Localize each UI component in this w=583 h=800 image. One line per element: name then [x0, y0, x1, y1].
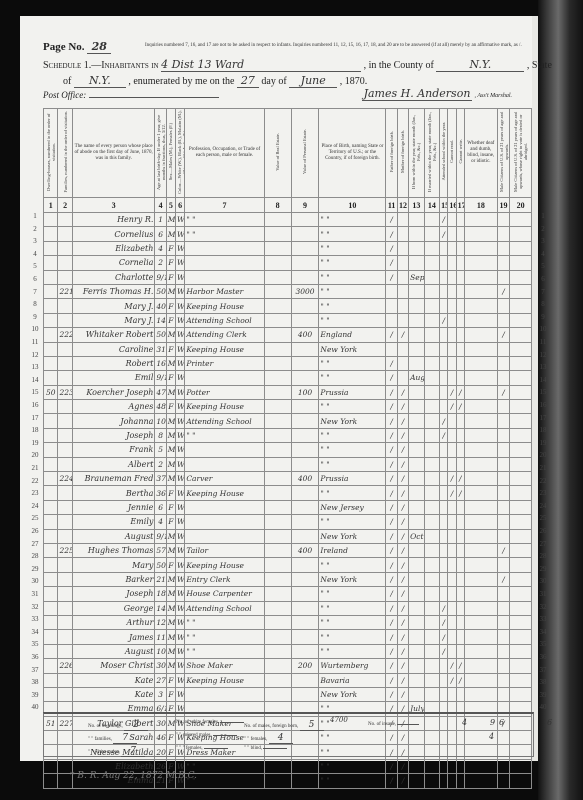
personal-estate	[291, 256, 319, 270]
disability	[464, 270, 497, 284]
col-19-header: Male Citizens of U.S. of 21 years of age…	[497, 109, 509, 198]
personal-estate	[291, 558, 319, 572]
mother-foreign	[397, 299, 408, 313]
mother-foreign: /	[397, 500, 408, 514]
cannot-write	[456, 687, 464, 701]
personal-estate	[291, 774, 319, 788]
born-month	[409, 615, 424, 629]
male-citizen	[497, 558, 509, 572]
father-foreign: /	[386, 213, 397, 227]
father-foreign: /	[386, 587, 397, 601]
disability	[464, 241, 497, 255]
cannot-read	[448, 328, 456, 342]
row-number: 18	[28, 426, 42, 434]
table-row: Frank5MW" "//	[44, 443, 532, 457]
cannot-write	[456, 414, 464, 428]
birthplace: " "	[319, 284, 386, 298]
disability	[464, 615, 497, 629]
table-row: 221Ferris Thomas H.50MWHarbor Master3000…	[44, 284, 532, 298]
cannot-write	[456, 601, 464, 615]
table-row: Mary J.40FWKeeping House" "	[44, 299, 532, 313]
col-number-15: 15	[440, 198, 448, 213]
table-row: James11MW" "" "///	[44, 630, 532, 644]
disability	[464, 515, 497, 529]
vote-denied	[510, 572, 532, 586]
row-number: 2	[28, 225, 42, 233]
male-citizen	[497, 256, 509, 270]
age: 6	[155, 227, 166, 241]
color: W	[176, 558, 185, 572]
real-estate	[264, 241, 291, 255]
row-number-right: 36	[536, 653, 550, 661]
table-row: Kate27FWKeeping HouseBavaria////	[44, 673, 532, 687]
dwelling-no	[44, 443, 58, 457]
married-month	[424, 342, 439, 356]
occupation: Entry Clerk	[185, 572, 264, 586]
father-foreign: /	[386, 385, 397, 399]
post-office-line: Post Office:	[43, 90, 219, 100]
father-foreign: /	[386, 644, 397, 658]
color: W	[176, 342, 185, 356]
age: 48	[155, 400, 166, 414]
row-number: 10	[28, 325, 42, 333]
occupation	[185, 443, 264, 457]
real-estate	[264, 659, 291, 673]
occupation: Keeping House	[185, 299, 264, 313]
col-20-header: Male Citizens of U.S. of 21 years of age…	[510, 109, 532, 198]
mother-foreign: /	[397, 385, 408, 399]
row-number: 13	[28, 363, 42, 371]
cannot-write	[456, 515, 464, 529]
school	[440, 400, 448, 414]
sex: F	[166, 673, 175, 687]
married-month	[424, 774, 439, 788]
cannot-read	[448, 227, 456, 241]
school	[440, 529, 448, 543]
color: W	[176, 601, 185, 615]
person-name: Brauneman Fred	[72, 472, 155, 486]
colored-males-line: " " colored males,	[176, 733, 237, 738]
row-number: 7	[28, 288, 42, 296]
col-number-2: 2	[58, 198, 72, 213]
married-month	[424, 328, 439, 342]
male-citizen	[497, 428, 509, 442]
mother-foreign	[397, 227, 408, 241]
male-citizen	[497, 486, 509, 500]
occupation: Keeping House	[185, 673, 264, 687]
real-estate	[264, 529, 291, 543]
dwelling-no	[44, 500, 58, 514]
born-month	[409, 644, 424, 658]
occupation: Keeping House	[185, 400, 264, 414]
male-citizen	[497, 299, 509, 313]
born-month	[409, 385, 424, 399]
vote-denied	[510, 241, 532, 255]
male-citizen: /	[497, 543, 509, 557]
school: /	[440, 313, 448, 327]
father-foreign: /	[386, 227, 397, 241]
mother-foreign: /	[397, 400, 408, 414]
personal-estate	[291, 213, 319, 227]
marshal-label: , Ass't Marshal.	[475, 93, 513, 99]
person-name: Kate	[72, 673, 155, 687]
family-no	[58, 558, 72, 572]
year-label: , 1870.	[340, 76, 368, 87]
disability	[464, 587, 497, 601]
row-number: 15	[28, 388, 42, 396]
married-month	[424, 371, 439, 385]
col-number-10: 10	[319, 198, 386, 213]
row-number-right: 27	[536, 540, 550, 548]
table-row: Emil9/12FW" "/Aug	[44, 371, 532, 385]
row-number-right: 34	[536, 628, 550, 636]
disability	[464, 385, 497, 399]
disability	[464, 356, 497, 370]
male-citizen	[497, 472, 509, 486]
father-foreign: /	[386, 572, 397, 586]
born-month	[409, 687, 424, 701]
personal-estate	[291, 299, 319, 313]
born-month	[409, 587, 424, 601]
sex: M	[166, 472, 175, 486]
state-label: , State	[527, 60, 552, 71]
male-citizen: /	[497, 328, 509, 342]
cannot-read	[448, 443, 456, 457]
table-row: 225Hughes Thomas57MWTailor400Ireland///	[44, 543, 532, 557]
sex: F	[166, 558, 175, 572]
mother-foreign: /	[397, 486, 408, 500]
occupation	[185, 457, 264, 471]
vote-denied	[510, 644, 532, 658]
table-row: Kate3FWNew York//	[44, 687, 532, 701]
dwelling-no	[44, 558, 58, 572]
dwelling-no	[44, 270, 58, 284]
color: W	[176, 428, 185, 442]
sex: M	[166, 356, 175, 370]
age: 8	[155, 428, 166, 442]
row-number-right: 2	[536, 225, 550, 233]
cannot-read	[448, 759, 456, 773]
married-month	[424, 356, 439, 370]
occupation: Attending School	[185, 601, 264, 615]
born-month	[409, 328, 424, 342]
cannot-write	[456, 587, 464, 601]
column-headers: Dwelling-houses, numbered in the order o…	[44, 109, 532, 198]
row-number-right: 12	[536, 351, 550, 359]
personal-estate	[291, 414, 319, 428]
dwelling-no	[44, 687, 58, 701]
col-number-5: 5	[166, 198, 175, 213]
family-no	[58, 687, 72, 701]
cannot-read	[448, 428, 456, 442]
row-number-right: 29	[536, 565, 550, 573]
cannot-write	[456, 644, 464, 658]
sex: F	[166, 400, 175, 414]
age: 12	[155, 615, 166, 629]
row-number: 21	[28, 464, 42, 472]
occupation: Keeping House	[185, 342, 264, 356]
age: 30	[155, 659, 166, 673]
row-number: 5	[28, 262, 42, 270]
father-foreign	[386, 313, 397, 327]
color: W	[176, 328, 185, 342]
male-citizen	[497, 400, 509, 414]
cannot-read	[448, 615, 456, 629]
cannot-write	[456, 270, 464, 284]
vote-denied	[510, 342, 532, 356]
col-number-7: 7	[185, 198, 264, 213]
cannot-write: /	[456, 385, 464, 399]
cannot-read	[448, 558, 456, 572]
real-estate	[264, 587, 291, 601]
cannot-write	[456, 558, 464, 572]
family-no	[58, 644, 72, 658]
row-number: 27	[28, 540, 42, 548]
mother-foreign: /	[397, 759, 408, 773]
school	[440, 659, 448, 673]
school: /	[440, 414, 448, 428]
color: W	[176, 227, 185, 241]
cannot-write	[456, 284, 464, 298]
real-estate	[264, 371, 291, 385]
real-estate	[264, 299, 291, 313]
tally-extra: 4	[489, 732, 494, 741]
born-month	[409, 472, 424, 486]
families-line: " " families, 7	[88, 733, 137, 744]
personal-estate: 200	[291, 659, 319, 673]
white-males-line: " " white males, 7	[88, 746, 145, 757]
personal-estate	[291, 759, 319, 773]
vote-denied	[510, 687, 532, 701]
father-foreign	[386, 284, 397, 298]
mother-foreign: /	[397, 428, 408, 442]
disability	[464, 759, 497, 773]
real-estate	[264, 328, 291, 342]
dwelling-no	[44, 472, 58, 486]
person-name: Bertha	[72, 486, 155, 500]
row-number: 3	[28, 237, 42, 245]
male-citizen	[497, 759, 509, 773]
table-row: Mary50FWKeeping House" "//	[44, 558, 532, 572]
row-number-right: 22	[536, 477, 550, 485]
real-estate	[264, 342, 291, 356]
birthplace: " "	[319, 371, 386, 385]
mother-foreign	[397, 256, 408, 270]
sex: M	[166, 587, 175, 601]
personal-estate	[291, 356, 319, 370]
school	[440, 543, 448, 557]
occupation	[185, 500, 264, 514]
row-number-right: 26	[536, 527, 550, 535]
birthplace: " "	[319, 774, 386, 788]
mother-foreign: /	[397, 543, 408, 557]
row-number-right: 39	[536, 691, 550, 699]
married-month	[424, 428, 439, 442]
col-4-header: Age at last birth-day. If under 1 year, …	[155, 109, 166, 198]
row-number-right: 28	[536, 552, 550, 560]
born-month: Oct	[409, 529, 424, 543]
cannot-read	[448, 687, 456, 701]
row-number-right: 37	[536, 666, 550, 674]
color: W	[176, 486, 185, 500]
cannot-write	[456, 371, 464, 385]
birthplace: Ireland	[319, 543, 386, 557]
born-month	[409, 227, 424, 241]
birthplace: " "	[319, 601, 386, 615]
school: /	[440, 630, 448, 644]
table-row: Joseph8MW" "" "///	[44, 428, 532, 442]
cannot-write: /	[456, 673, 464, 687]
married-month	[424, 529, 439, 543]
occupation: Harbor Master	[185, 284, 264, 298]
row-number: 35	[28, 640, 42, 648]
occupation	[185, 241, 264, 255]
mother-foreign: /	[397, 659, 408, 673]
row-number-right: 13	[536, 363, 550, 371]
occupation	[185, 515, 264, 529]
mother-foreign: /	[397, 443, 408, 457]
dwelling-no	[44, 356, 58, 370]
father-foreign: /	[386, 659, 397, 673]
married-month	[424, 299, 439, 313]
row-number: 32	[28, 603, 42, 611]
birthplace: " "	[319, 759, 386, 773]
mother-foreign: /	[397, 457, 408, 471]
row-number: 40	[28, 703, 42, 711]
occupation: Tailor	[185, 543, 264, 557]
col-7-header: Profession, Occupation, or Trade of each…	[185, 109, 264, 198]
father-foreign: /	[386, 328, 397, 342]
school	[440, 587, 448, 601]
row-number: 29	[28, 565, 42, 573]
row-number-right: 18	[536, 426, 550, 434]
color: W	[176, 659, 185, 673]
row-number-right: 24	[536, 502, 550, 510]
school	[440, 572, 448, 586]
cannot-read	[448, 284, 456, 298]
father-foreign: /	[386, 428, 397, 442]
dwelling-no	[44, 515, 58, 529]
mother-foreign	[397, 270, 408, 284]
color: W	[176, 241, 185, 255]
vote-denied	[510, 270, 532, 284]
father-foreign: /	[386, 356, 397, 370]
cannot-read	[448, 299, 456, 313]
person-name: Arthur	[72, 615, 155, 629]
married-month	[424, 270, 439, 284]
school	[440, 385, 448, 399]
personal-estate	[291, 227, 319, 241]
father-foreign: /	[386, 774, 397, 788]
summary-box: No. of dwellings, 2 " " families, 7 " " …	[43, 712, 534, 757]
family-no	[58, 443, 72, 457]
personal-estate	[291, 400, 319, 414]
school	[440, 356, 448, 370]
col-10-header: Place of Birth, naming State or Territor…	[319, 109, 386, 198]
school	[440, 371, 448, 385]
cannot-write: /	[456, 486, 464, 500]
born-month: Sept	[409, 270, 424, 284]
table-row: Robert16MWPrinter" "/	[44, 356, 532, 370]
page-number: 28	[87, 40, 111, 54]
family-no	[58, 500, 72, 514]
disability	[464, 558, 497, 572]
note-left: Inquiries numbered 7, 16, and 17 are not…	[145, 43, 292, 48]
cannot-write	[456, 572, 464, 586]
age: 2	[155, 457, 166, 471]
father-foreign: /	[386, 500, 397, 514]
dwelling-no	[44, 659, 58, 673]
born-month	[409, 241, 424, 255]
mother-foreign: /	[397, 615, 408, 629]
age: 4	[155, 515, 166, 529]
married-month	[424, 630, 439, 644]
school	[440, 241, 448, 255]
table-row: August9/12MWNew York//Oct	[44, 529, 532, 543]
family-no	[58, 673, 72, 687]
age: 11	[155, 630, 166, 644]
married-month	[424, 572, 439, 586]
father-foreign: /	[386, 256, 397, 270]
male-citizen	[497, 587, 509, 601]
col-number-19: 19	[497, 198, 509, 213]
personal-estate	[291, 587, 319, 601]
personal-estate-total: 4700	[330, 716, 348, 724]
post-office-label: Post Office:	[43, 90, 86, 100]
mother-foreign: /	[397, 515, 408, 529]
white-males-value: 7	[121, 746, 145, 757]
school	[440, 687, 448, 701]
male-citizen	[497, 500, 509, 514]
mother-foreign: /	[397, 673, 408, 687]
col-2-header: Families, numbered in the order of visit…	[58, 109, 72, 198]
male-citizen	[497, 774, 509, 788]
col-number-17: 17	[456, 198, 464, 213]
father-foreign: /	[386, 400, 397, 414]
age: 1	[155, 213, 166, 227]
row-number-right: 8	[536, 300, 550, 308]
row-number: 1	[28, 212, 42, 220]
row-number: 4	[28, 250, 42, 258]
family-no	[58, 400, 72, 414]
cannot-read	[448, 342, 456, 356]
cannot-read	[448, 630, 456, 644]
color: W	[176, 644, 185, 658]
born-month	[409, 299, 424, 313]
real-estate	[264, 400, 291, 414]
col-number-9: 9	[291, 198, 319, 213]
cannot-read	[448, 529, 456, 543]
cannot-read	[448, 572, 456, 586]
sex: M	[166, 428, 175, 442]
page-number-label: Page No. 28	[43, 40, 111, 54]
birthplace: " "	[319, 457, 386, 471]
real-estate	[264, 356, 291, 370]
family-no	[58, 356, 72, 370]
disability	[464, 428, 497, 442]
mother-foreign: /	[397, 572, 408, 586]
cannot-write	[456, 342, 464, 356]
personal-estate	[291, 342, 319, 356]
school: /	[440, 428, 448, 442]
disability	[464, 414, 497, 428]
col-number-20: 20	[510, 198, 532, 213]
disability	[464, 500, 497, 514]
occupation: " "	[185, 213, 264, 227]
real-estate	[264, 428, 291, 442]
col-number-18: 18	[464, 198, 497, 213]
personal-estate	[291, 500, 319, 514]
